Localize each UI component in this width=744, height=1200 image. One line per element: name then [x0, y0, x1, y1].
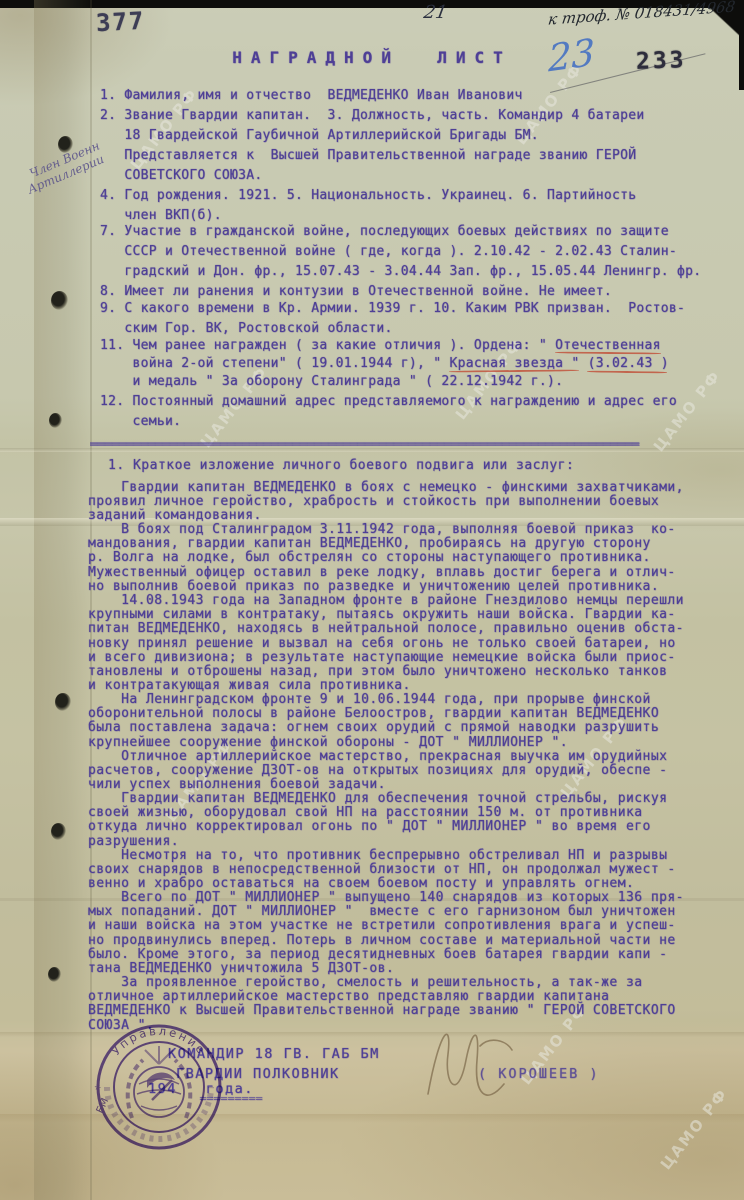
feat-paragraph: В боях под Сталинградом 3.11.1942 года, … [88, 523, 703, 594]
scanned-document: ЦАМО РФ ЦАМО РФ ЦАМО РФ ЦАМО РФ ЦАМО РФ … [0, 0, 744, 1200]
feat-paragraph: На Ленинградском фронте 9 и 10.06.1944 г… [88, 693, 703, 750]
punch-hole [51, 823, 66, 840]
form-item-name: 1. Фамилия, имя и отчество ВЕДМЕДЕНКО Ив… [100, 86, 728, 106]
form-item-war-participation: 7. Участие в гражданской войне, последую… [100, 222, 728, 282]
form-item-rank-position: 2. Звание Гвардии капитан. 3. Должность,… [100, 106, 728, 186]
feat-section-heading: 1. Краткое изложение личного боевого под… [108, 458, 574, 473]
document-title: НАГРАДНОЙ ЛИСТ [60, 48, 684, 67]
feat-paragraph: 14.08.1943 года на Западном фронте в рай… [88, 594, 703, 693]
feat-paragraph: Несмотря на то, что противник беспрерывн… [88, 849, 703, 892]
punch-hole [48, 967, 61, 982]
feat-paragraph: Отличное артиллерийское мастерство, прек… [88, 750, 703, 793]
scan-edge-right [739, 0, 744, 90]
signature [420, 1016, 535, 1116]
sheet-number-pencil: 21 [422, 2, 449, 23]
round-stamp: Управление БМ * [94, 1020, 228, 1158]
form-item-service-since: 9. С какого времени в Кр. Армии. 1939 г.… [100, 299, 728, 339]
page-number-stamped: 377 [95, 7, 146, 38]
stamp-asterisk: * [94, 1082, 104, 1097]
form-item-birth-nationality-party: 4. Год рождения. 1921. 5. Национальность… [100, 186, 728, 226]
punch-hole [49, 413, 62, 428]
form-item-home-address: 12. Постоянный домашний адрес представля… [100, 392, 728, 432]
form-item-previous-awards: 11. Чем ранее награжден ( за какие отлич… [100, 337, 728, 391]
feat-paragraph: Гвардии капитан ВЕДМЕДЕНКО в боях с неме… [88, 481, 703, 524]
archive-watermark: ЦАМО РФ [657, 1085, 732, 1174]
feat-paragraph: Всего по ДОТ " МИЛЛИОНЕР " выпущено 140 … [88, 891, 703, 976]
section-divider: ════════════════════════════════════════… [90, 437, 730, 451]
feat-paragraph: Гвардии капитан ВЕДМЕДЕНКО для обеспечен… [88, 792, 703, 849]
punch-hole [55, 693, 71, 711]
punch-hole [51, 291, 68, 310]
